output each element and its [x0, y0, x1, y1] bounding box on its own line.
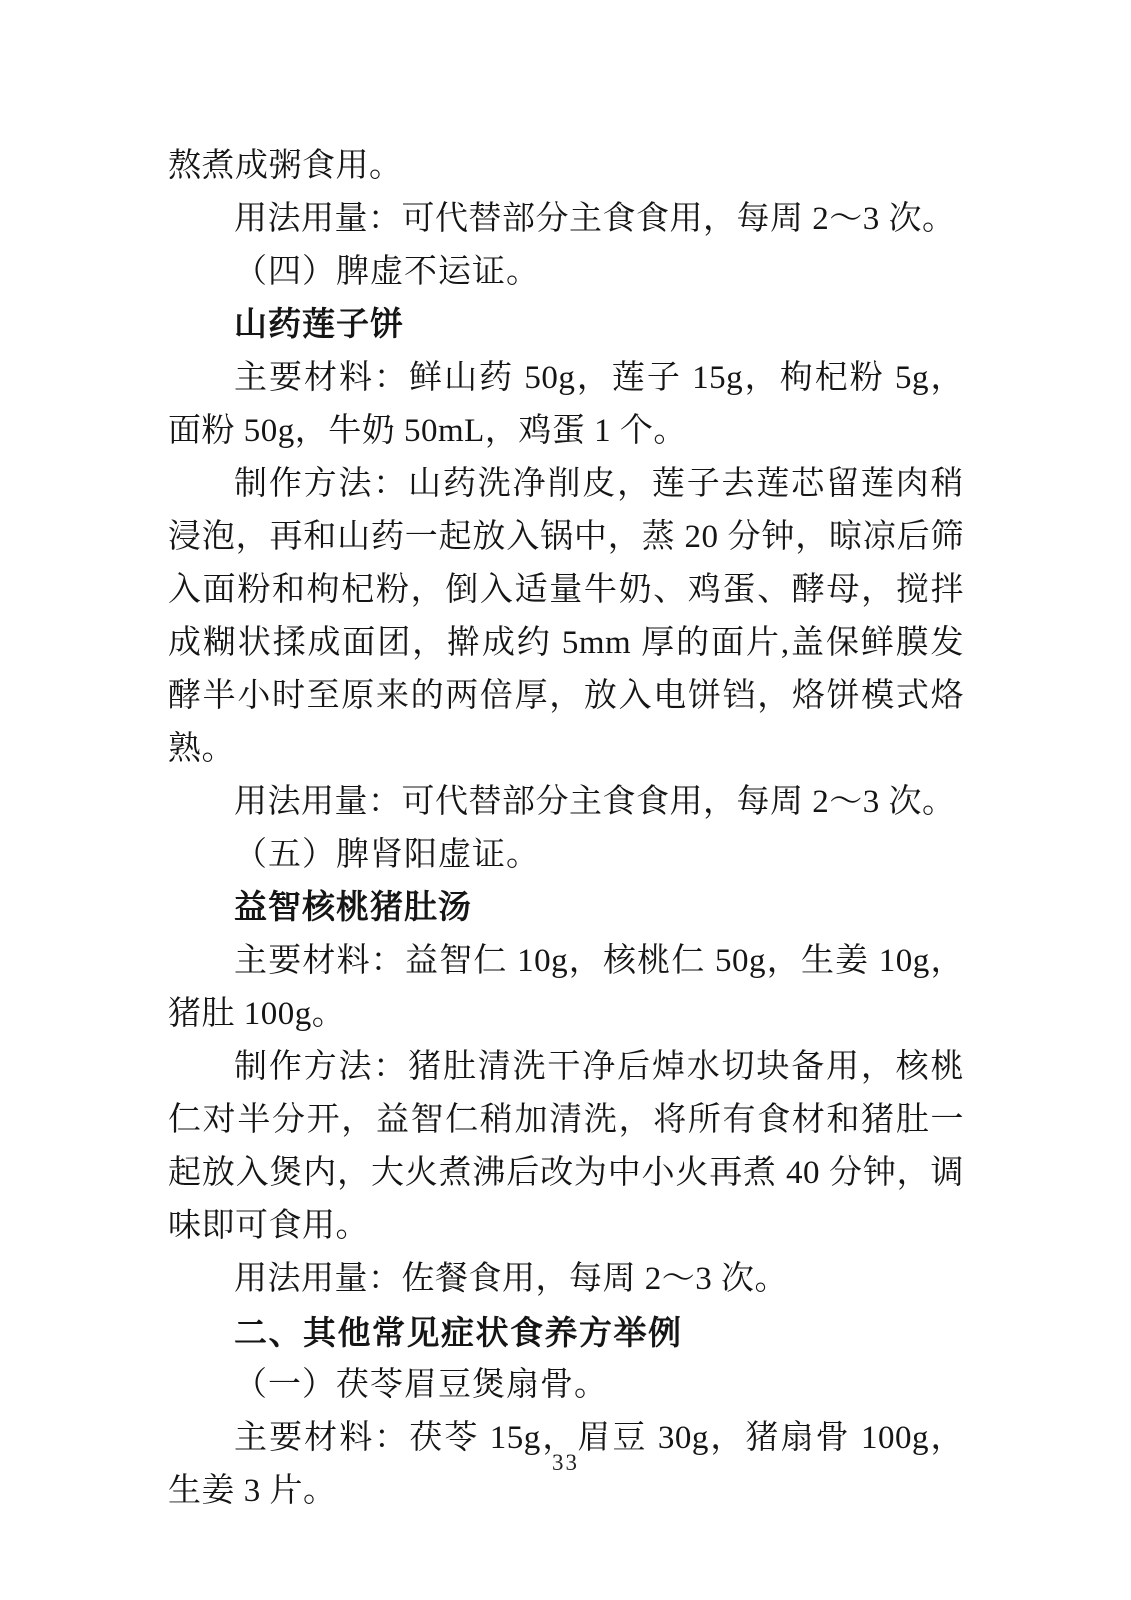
recipe-title-shanyao-lianzi-bing: 山药莲子饼	[168, 299, 964, 352]
subsection-heading-4: （四）脾虚不运证。	[168, 246, 964, 299]
subsection-heading-5: （五）脾肾阳虚证。	[168, 829, 964, 882]
page-number: 33	[552, 1450, 579, 1475]
preparation-method-paragraph: 制作方法：猪肚清洗干净后焯水切块备用，核桃仁对半分开，益智仁稍加清洗，将所有食材…	[168, 1041, 964, 1253]
subsection-heading-1: （一）茯苓眉豆煲扇骨。	[168, 1359, 964, 1412]
usage-dosage-paragraph: 用法用量：可代替部分主食食用，每周 2～3 次。	[168, 776, 964, 829]
main-ingredients-paragraph: 主要材料：益智仁 10g，核桃仁 50g，生姜 10g，猪肚 100g。	[168, 935, 964, 1041]
page-content: 熬煮成粥食用。 用法用量：可代替部分主食食用，每周 2～3 次。 （四）脾虚不运…	[168, 140, 964, 1518]
section-heading-2: 二、其他常见症状食养方举例	[168, 1306, 964, 1359]
recipe-title-yizhi-hetao-zhudu-tang: 益智核桃猪肚汤	[168, 882, 964, 935]
usage-dosage-paragraph: 用法用量：可代替部分主食食用，每周 2～3 次。	[168, 193, 964, 246]
document-page: 熬煮成粥食用。 用法用量：可代替部分主食食用，每周 2～3 次。 （四）脾虚不运…	[0, 0, 1131, 1600]
main-ingredients-paragraph: 主要材料：鲜山药 50g，莲子 15g，枸杞粉 5g，面粉 50g，牛奶 50m…	[168, 352, 964, 458]
page-footer: 33	[0, 1448, 1131, 1478]
usage-dosage-paragraph: 用法用量：佐餐食用，每周 2～3 次。	[168, 1253, 964, 1306]
paragraph-continuation: 熬煮成粥食用。	[168, 140, 964, 193]
preparation-method-paragraph: 制作方法：山药洗净削皮，莲子去莲芯留莲肉稍浸泡，再和山药一起放入锅中，蒸 20 …	[168, 458, 964, 776]
